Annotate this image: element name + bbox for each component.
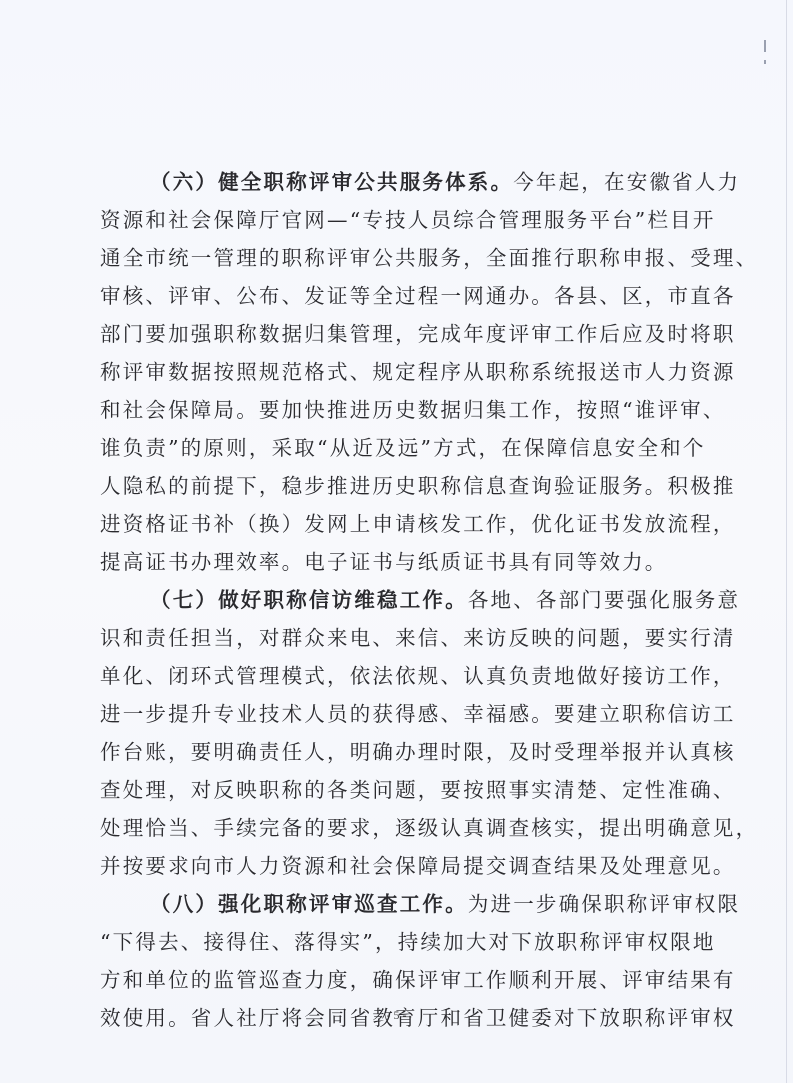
text-line: 进资格证书补（换）发网上申请核发工作，优化证书发放流程， [100, 505, 700, 543]
text-line: 通全市统一管理的职称评审公共服务，全面推行职称申报、受理、 [100, 239, 700, 277]
text-line: 方和单位的监管巡查力度，确保评审工作顺利开展、评审结果有 [100, 961, 700, 999]
text-line: 查处理，对反映职称的各类问题，要按照事实清楚、定性准确、 [100, 771, 700, 809]
page-edge [786, 0, 787, 1083]
paragraph-7-line-1: （七）做好职称信访维稳工作。各地、各部门要强化服务意 [100, 581, 700, 619]
page-number: - 5 - [0, 1008, 793, 1023]
section-heading-6: （六）健全职称评审公共服务体系。 [150, 170, 513, 194]
paragraph-6-line-1: （六）健全职称评审公共服务体系。今年起，在安徽省人力 [100, 163, 700, 201]
section-heading-8: （八）强化职称评审巡查工作。 [150, 892, 468, 916]
text-line: 并按要求向市人力资源和社会保障局提交调查结果及处理意见。 [100, 847, 700, 885]
text-line: 资源和社会保障厅官网—“专技人员综合管理服务平台”栏目开 [100, 201, 700, 239]
document-body: （六）健全职称评审公共服务体系。今年起，在安徽省人力 资源和社会保障厅官网—“专… [100, 163, 700, 1037]
text-line: 进一步提升专业技术人员的获得感、幸福感。要建立职称信访工 [100, 695, 700, 733]
text-line: 单化、闭环式管理模式，依法依规、认真负责地做好接访工作， [100, 657, 700, 695]
text-line: 处理恰当、手续完备的要求，逐级认真调查核实，提出明确意见， [100, 809, 700, 847]
text-line: 称评审数据按照规范格式、规定程序从职称系统报送市人力资源 [100, 353, 700, 391]
binding-mark [764, 60, 766, 64]
text-line: 人隐私的前提下，稳步推进历史职称信息查询验证服务。积极推 [100, 467, 700, 505]
text-line: 作台账，要明确责任人，明确办理时限，及时受理举报并认真核 [100, 733, 700, 771]
text-line: 审核、评审、公布、发证等全过程一网通办。各县、区，市直各 [100, 277, 700, 315]
document-page: （六）健全职称评审公共服务体系。今年起，在安徽省人力 资源和社会保障厅官网—“专… [0, 0, 793, 1083]
text-line: 部门要加强职称数据归集管理，完成年度评审工作后应及时将职 [100, 315, 700, 353]
paragraph-8-line-1: （八）强化职称评审巡查工作。为进一步确保职称评审权限 [100, 885, 700, 923]
text-line: 识和责任担当，对群众来电、来信、来访反映的问题，要实行清 [100, 619, 700, 657]
text-line: 和社会保障局。要加快推进历史数据归集工作，按照“谁评审、 [100, 391, 700, 429]
text-line: 提高证书办理效率。电子证书与纸质证书具有同等效力。 [100, 543, 700, 581]
text-line: 谁负责”的原则，采取“从近及远”方式，在保障信息安全和个 [100, 429, 700, 467]
section-heading-7: （七）做好职称信访维稳工作。 [150, 588, 468, 612]
text-line: “下得去、接得住、落得实”，持续加大对下放职称评审权限地 [100, 923, 700, 961]
binding-mark [764, 40, 766, 52]
